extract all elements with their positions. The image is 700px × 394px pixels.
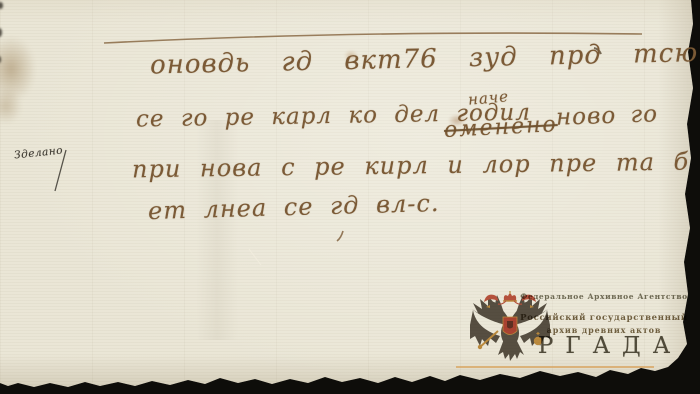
paper-stain-large-lobe [0,88,22,124]
torn-edge-spot-3 [0,56,1,63]
double-headed-eagle-icon [460,290,560,366]
manuscript-paper [0,0,700,394]
paper-stain-large [0,36,36,102]
torn-edge-spot-1 [0,2,3,9]
archival-scan-background: оновдь гд вкт76 зуд прд тсюю се го ре ка… [0,0,700,394]
paper-stain-small-1 [344,50,358,61]
paper-stain-small-2 [448,114,466,127]
torn-edge-spot-2 [0,28,2,37]
paper-stain-small-3 [238,58,245,65]
paper-crease-band [196,120,238,340]
stamp-underline [456,366,654,368]
